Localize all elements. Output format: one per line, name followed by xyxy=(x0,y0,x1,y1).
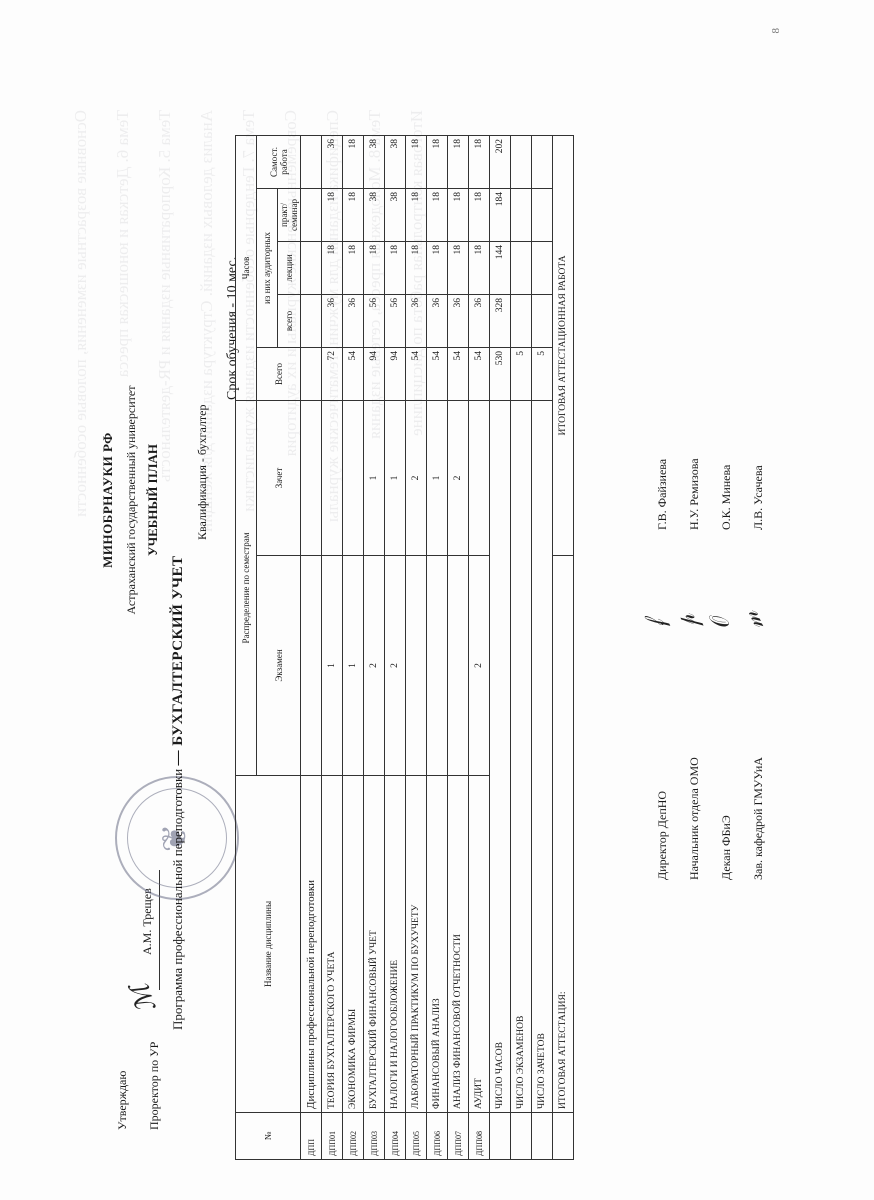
row-total: 54 xyxy=(427,348,448,401)
row-exam: 1 xyxy=(343,555,364,775)
program-label: Программа профессиональной переподготовк… xyxy=(170,769,185,1030)
summary-self: 202 xyxy=(490,136,511,189)
row-code: ДПП07 xyxy=(448,1113,469,1160)
signer-name: О.К. Минева xyxy=(719,465,734,530)
row-code: ДПП03 xyxy=(364,1113,385,1160)
row-total: 54 xyxy=(406,348,427,401)
col-hours: Часов xyxy=(236,136,257,401)
col-classroom-total: всего xyxy=(278,295,301,348)
table-row: ДПП02ЭКОНОМИКА ФИРМЫ15436181818 xyxy=(343,136,364,1160)
row-credit: 2 xyxy=(448,401,469,556)
summary-label: ЧИСЛО ЗАЧЕТОВ xyxy=(532,401,553,1113)
row-code: ДПП05 xyxy=(406,1113,427,1160)
signature-row: Декан ФБиЭ𝒪О.К. Минева xyxy=(719,320,751,880)
row-total: 72 xyxy=(322,348,343,401)
summary-self xyxy=(532,136,553,189)
summary-prac xyxy=(511,189,532,242)
row-self: 18 xyxy=(343,136,364,189)
signature-row: Начальник отдела ОМО𝓅Н.У. Ремизова xyxy=(687,320,719,880)
qualification: Квалификация - бухгалтер xyxy=(195,405,210,540)
col-exam: Экзамен xyxy=(257,555,301,775)
row-practice: 18 xyxy=(448,189,469,242)
row-practice: 38 xyxy=(385,189,406,242)
summary-row: ЧИСЛО ЗАЧЕТОВ5 xyxy=(532,136,553,1160)
row-code: ДПП06 xyxy=(427,1113,448,1160)
row-self: 38 xyxy=(385,136,406,189)
summary-lect xyxy=(511,242,532,295)
row-practice: 18 xyxy=(469,189,490,242)
table-row: ДПП05ЛАБОРАТОРНЫЙ ПРАКТИКУМ ПО БУХУЧЕТУ2… xyxy=(406,136,427,1160)
signer-name: Л.В. Усачева xyxy=(751,465,766,530)
summary-lect xyxy=(532,242,553,295)
row-practice: 18 xyxy=(427,189,448,242)
signer-role: Декан ФБиЭ xyxy=(719,815,734,880)
ministry: МИНОБРНАУКИ РФ xyxy=(100,180,116,820)
row-self: 18 xyxy=(406,136,427,189)
summary-aud xyxy=(532,295,553,348)
signer-role: Начальник отдела ОМО xyxy=(687,757,702,880)
document-header: МИНОБРНАУКИ РФ Астраханский государствен… xyxy=(100,180,161,820)
row-code: ДПП01 xyxy=(322,1113,343,1160)
row-self: 18 xyxy=(427,136,448,189)
table-row: ДПП06ФИНАНСОВЫЙ АНАЛИЗ15436181818 xyxy=(427,136,448,1160)
row-credit xyxy=(469,401,490,556)
signer-name: Г.В. Файзиева xyxy=(655,459,670,530)
col-name: Название дисциплины xyxy=(236,776,301,1113)
row-classroom-total: 56 xyxy=(364,295,385,348)
col-self: Самост. работа xyxy=(257,136,301,189)
specialty: — БУХГАЛТЕРСКИЙ УЧЕТ xyxy=(170,555,186,765)
row-name: АУДИТ xyxy=(469,776,490,1113)
row-exam: 2 xyxy=(364,555,385,775)
row-lectures: 18 xyxy=(406,242,427,295)
section-name: Дисциплины профессиональной переподготов… xyxy=(301,776,322,1113)
row-code: ДПП02 xyxy=(343,1113,364,1160)
row-lectures: 18 xyxy=(448,242,469,295)
summary-total: 530 xyxy=(490,348,511,401)
signature-row: Директор ДепНО𝒻Г.В. Файзиева xyxy=(655,320,687,880)
summary-row: ЧИСЛО ЧАСОВ530328144184202 xyxy=(490,136,511,1160)
col-credit: Зачет xyxy=(257,401,301,556)
summary-label: ЧИСЛО ЧАСОВ xyxy=(490,401,511,1113)
page-number: 8 xyxy=(770,28,782,34)
row-name: АНАЛИЗ ФИНАНСОВОЙ ОТЧЕТНОСТИ xyxy=(448,776,469,1113)
row-exam: 1 xyxy=(322,555,343,775)
table-row: ДПП03БУХГАЛТЕРСКИЙ ФИНАНСОВЫЙ УЧЕТ219456… xyxy=(364,136,385,1160)
section-code: ДПП xyxy=(301,1113,322,1160)
signature-row: Зав. кафедрой ГМУУиА𝓂Л.В. Усачева xyxy=(751,320,783,880)
signer-name: Н.У. Ремизова xyxy=(687,458,702,530)
row-code: ДПП08 xyxy=(469,1113,490,1160)
row-total: 94 xyxy=(364,348,385,401)
row-credit: 2 xyxy=(406,401,427,556)
row-practice: 18 xyxy=(406,189,427,242)
row-lectures: 18 xyxy=(469,242,490,295)
row-classroom-total: 56 xyxy=(385,295,406,348)
row-credit xyxy=(343,401,364,556)
university: Астраханский государственный университет xyxy=(124,180,139,820)
col-total: Всего xyxy=(257,348,301,401)
final-value: ИТОГОВАЯ АТТЕСТАЦИОННАЯ РАБОТА xyxy=(553,136,574,556)
row-total: 94 xyxy=(385,348,406,401)
row-exam: 2 xyxy=(385,555,406,775)
row-exam: 2 xyxy=(469,555,490,775)
col-practice: практ/семинар xyxy=(278,189,301,242)
row-practice: 38 xyxy=(364,189,385,242)
approve-label: Утверждаю xyxy=(115,1071,130,1130)
program-line: Программа профессиональной переподготовк… xyxy=(170,555,187,1030)
row-name: ТЕОРИЯ БУХГАЛТЕРСКОГО УЧЕТА xyxy=(322,776,343,1113)
signatures-block: Директор ДепНО𝒻Г.В. ФайзиеваНачальник от… xyxy=(655,320,783,880)
final-label: ИТОГОВАЯ АТТЕСТАЦИЯ: xyxy=(553,555,574,1112)
document-page: Основные возрастные изменения, половые о… xyxy=(0,0,874,1200)
row-lectures: 18 xyxy=(322,242,343,295)
table-section-row: ДПП Дисциплины профессиональной переподг… xyxy=(301,136,322,1160)
row-credit: 1 xyxy=(385,401,406,556)
row-practice: 18 xyxy=(322,189,343,242)
col-classroom: из них аудиторных xyxy=(257,189,278,348)
row-total: 54 xyxy=(448,348,469,401)
col-distribution: Распределение по семестрам xyxy=(236,401,257,776)
row-credit xyxy=(322,401,343,556)
table-row: ДПП04НАЛОГИ И НАЛОГООБЛОЖЕНИЕ21945618383… xyxy=(385,136,406,1160)
row-name: ЛАБОРАТОРНЫЙ ПРАКТИКУМ ПО БУХУЧЕТУ xyxy=(406,776,427,1113)
row-self: 18 xyxy=(448,136,469,189)
summary-aud: 328 xyxy=(490,295,511,348)
row-name: БУХГАЛТЕРСКИЙ ФИНАНСОВЫЙ УЧЕТ xyxy=(364,776,385,1113)
row-classroom-total: 36 xyxy=(406,295,427,348)
summary-total: 5 xyxy=(511,348,532,401)
prorector-name: А.М. Трещев xyxy=(140,888,155,955)
summary-label: ЧИСЛО ЭКЗАМЕНОВ xyxy=(511,401,532,1113)
row-classroom-total: 36 xyxy=(322,295,343,348)
row-name: ЭКОНОМИКА ФИРМЫ xyxy=(343,776,364,1113)
final-attestation-row: ИТОГОВАЯ АТТЕСТАЦИЯ: ИТОГОВАЯ АТТЕСТАЦИО… xyxy=(553,136,574,1160)
row-classroom-total: 36 xyxy=(448,295,469,348)
row-name: НАЛОГИ И НАЛОГООБЛОЖЕНИЕ xyxy=(385,776,406,1113)
row-total: 54 xyxy=(469,348,490,401)
summary-lect: 144 xyxy=(490,242,511,295)
row-classroom-total: 36 xyxy=(427,295,448,348)
summary-row: ЧИСЛО ЭКЗАМЕНОВ5 xyxy=(511,136,532,1160)
table-row: ДПП07АНАЛИЗ ФИНАНСОВОЙ ОТЧЕТНОСТИ2543618… xyxy=(448,136,469,1160)
row-lectures: 18 xyxy=(385,242,406,295)
row-self: 18 xyxy=(469,136,490,189)
row-lectures: 18 xyxy=(343,242,364,295)
table-row: ДПП01ТЕОРИЯ БУХГАЛТЕРСКОГО УЧЕТА17236181… xyxy=(322,136,343,1160)
row-credit: 1 xyxy=(364,401,385,556)
row-classroom-total: 36 xyxy=(343,295,364,348)
curriculum-table: № Название дисциплины Распределение по с… xyxy=(235,135,574,1160)
row-name: ФИНАНСОВЫЙ АНАЛИЗ xyxy=(427,776,448,1113)
row-exam xyxy=(448,555,469,775)
row-exam xyxy=(406,555,427,775)
row-exam xyxy=(427,555,448,775)
summary-aud xyxy=(511,295,532,348)
signer-role: Зав. кафедрой ГМУУиА xyxy=(751,757,766,880)
prorector-label: Проректор по УР xyxy=(147,1042,162,1130)
summary-total: 5 xyxy=(532,348,553,401)
table-row: ДПП08АУДИТ25436181818 xyxy=(469,136,490,1160)
summary-prac: 184 xyxy=(490,189,511,242)
document-title: УЧЕБНЫЙ ПЛАН xyxy=(145,180,161,820)
signer-role: Директор ДепНО xyxy=(655,791,670,880)
row-classroom-total: 36 xyxy=(469,295,490,348)
row-self: 36 xyxy=(322,136,343,189)
row-total: 54 xyxy=(343,348,364,401)
col-lectures: лекции xyxy=(278,242,301,295)
row-credit: 1 xyxy=(427,401,448,556)
row-code: ДПП04 xyxy=(385,1113,406,1160)
summary-prac xyxy=(532,189,553,242)
row-lectures: 18 xyxy=(427,242,448,295)
row-self: 38 xyxy=(364,136,385,189)
col-num: № xyxy=(236,1113,301,1160)
row-practice: 18 xyxy=(343,189,364,242)
row-lectures: 18 xyxy=(364,242,385,295)
summary-self xyxy=(511,136,532,189)
